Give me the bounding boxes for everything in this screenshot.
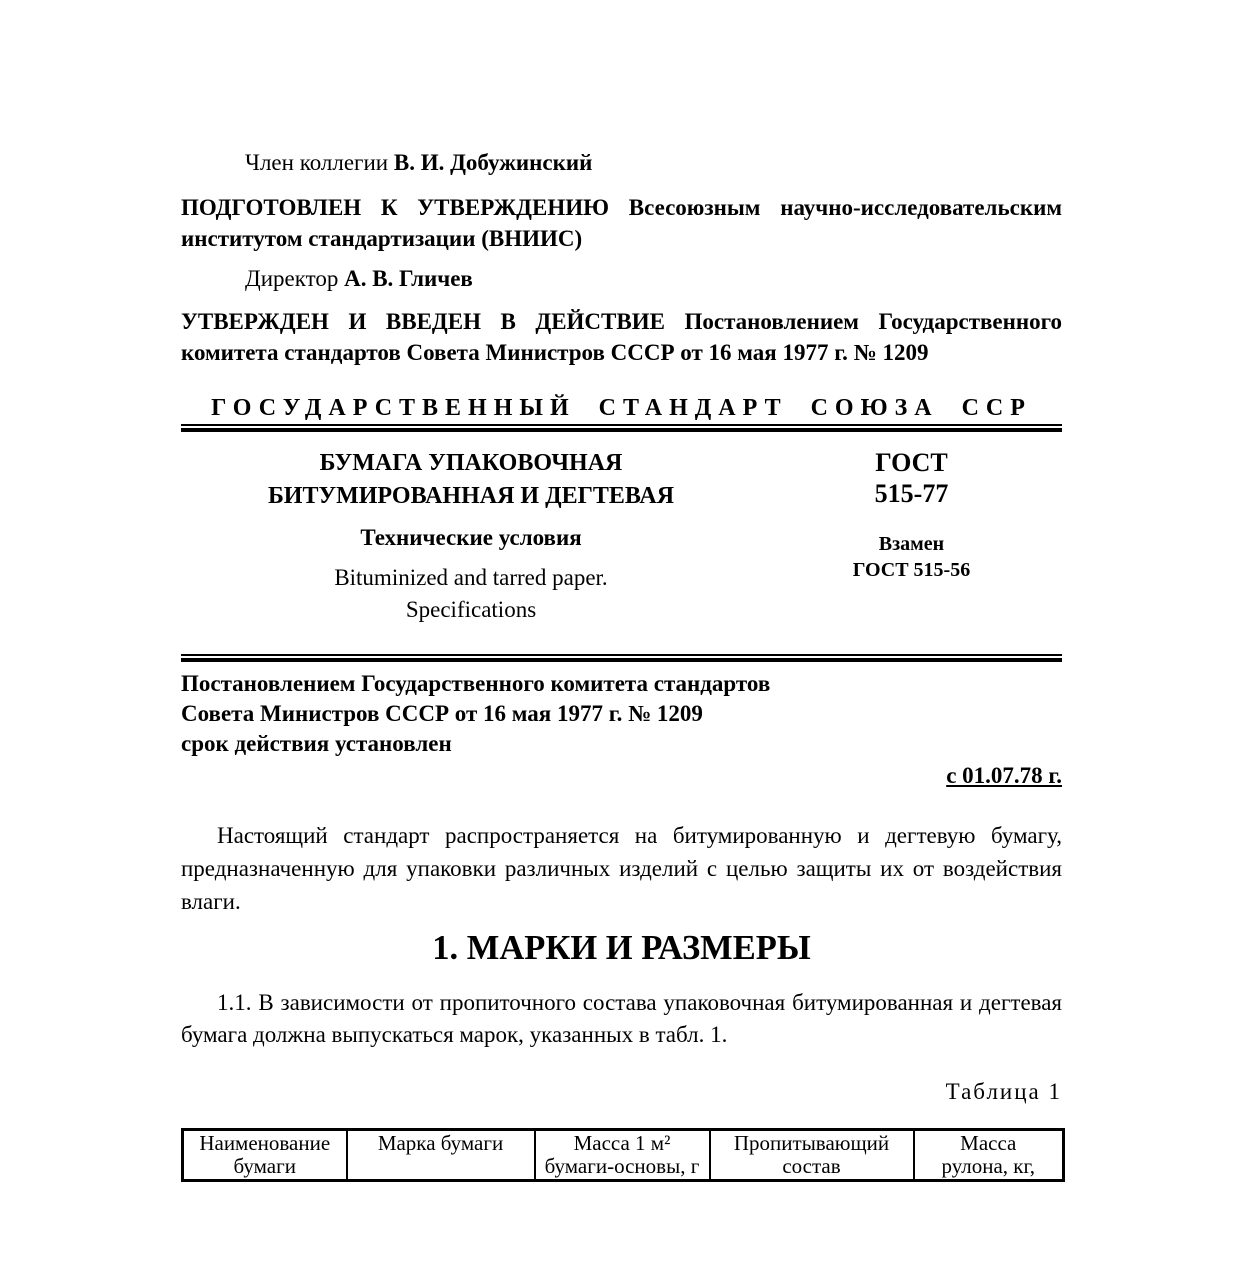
table-1-header-row: Наименование бумаги Марка бумаги Масса 1… <box>183 1130 1064 1181</box>
document-page: Член коллегии В. И. Добужинский ПОДГОТОВ… <box>0 0 1240 1282</box>
clause-1-1-paragraph: 1.1. В зависимости от пропиточного соста… <box>181 987 1062 1051</box>
section-1-heading: 1. МАРКИ И РАЗМЕРЫ <box>181 933 1062 964</box>
prepared-paragraph: ПОДГОТОВЛЕН К УТВЕРЖДЕНИЮ Всесоюзным нау… <box>181 192 1062 254</box>
table-1: Наименование бумаги Марка бумаги Масса 1… <box>181 1128 1065 1182</box>
standard-name-en: Bituminized and tarred paper. Specificat… <box>181 562 761 626</box>
table-1-caption: Таблица 1 <box>181 1076 1062 1107</box>
standard-header-title: ГОСУДАРСТВЕННЫЙ СТАНДАРТ СОЮЗА ССР <box>181 394 1062 422</box>
standard-designation: ГОСТ 515-77 <box>761 447 1062 509</box>
title-block: БУМАГА УПАКОВОЧНАЯ БИТУМИРОВАННАЯ И ДЕГТ… <box>181 442 1062 652</box>
standard-name-ru-line1: БУМАГА УПАКОВОЧНАЯ <box>181 447 761 480</box>
standard-name-ru: БУМАГА УПАКОВОЧНАЯ БИТУМИРОВАННАЯ И ДЕГТ… <box>181 447 761 513</box>
standard-name-en-line1: Bituminized and tarred paper. <box>181 562 761 594</box>
title-block-right: ГОСТ 515-77 Взамен ГОСТ 515-56 <box>761 442 1062 652</box>
member-prefix: Член коллегии <box>245 150 394 175</box>
member-line: Член коллегии В. И. Добужинский <box>181 147 1062 178</box>
table-1-header-roll-mass: Масса рулона, кг, <box>914 1130 1064 1181</box>
director-name: А. В. Гличев <box>344 266 473 291</box>
effective-date: с 01.07.78 г. <box>181 760 1062 791</box>
director-line: Директор А. В. Гличев <box>181 263 1062 294</box>
title-block-spacer <box>181 626 761 652</box>
standard-name-ru-line2: БИТУМИРОВАННАЯ И ДЕГТЕВАЯ <box>181 480 761 513</box>
table-1-header-base-mass: Масса 1 м² бумаги-основы, г <box>535 1130 710 1181</box>
table-1-header-impregnating-compound: Пропитывающий состав <box>710 1130 914 1181</box>
scope-paragraph: Настоящий стандарт распространяется на б… <box>181 819 1062 918</box>
standard-replaces: Взамен ГОСТ 515-56 <box>761 531 1062 583</box>
table-1-header-paper-grade: Марка бумаги <box>347 1130 535 1181</box>
director-prefix: Директор <box>245 266 344 291</box>
rule-thick-line <box>181 658 1062 662</box>
horizontal-rule-top <box>181 424 1062 432</box>
table-1-header-paper-name: Наименование бумаги <box>183 1130 347 1181</box>
horizontal-rule-bottom <box>181 654 1062 662</box>
standard-name-en-line2: Specifications <box>181 594 761 626</box>
rule-thick-line <box>181 428 1062 432</box>
member-name: В. И. Добужинский <box>394 150 593 175</box>
title-block-left: БУМАГА УПАКОВОЧНАЯ БИТУМИРОВАННАЯ И ДЕГТ… <box>181 442 761 652</box>
approved-paragraph: УТВЕРЖДЕН И ВВЕДЕН В ДЕЙСТВИЕ Постановле… <box>181 306 1062 368</box>
decree-paragraph: Постановлением Государственного комитета… <box>181 669 1062 759</box>
standard-subtitle: Технические условия <box>181 522 761 553</box>
